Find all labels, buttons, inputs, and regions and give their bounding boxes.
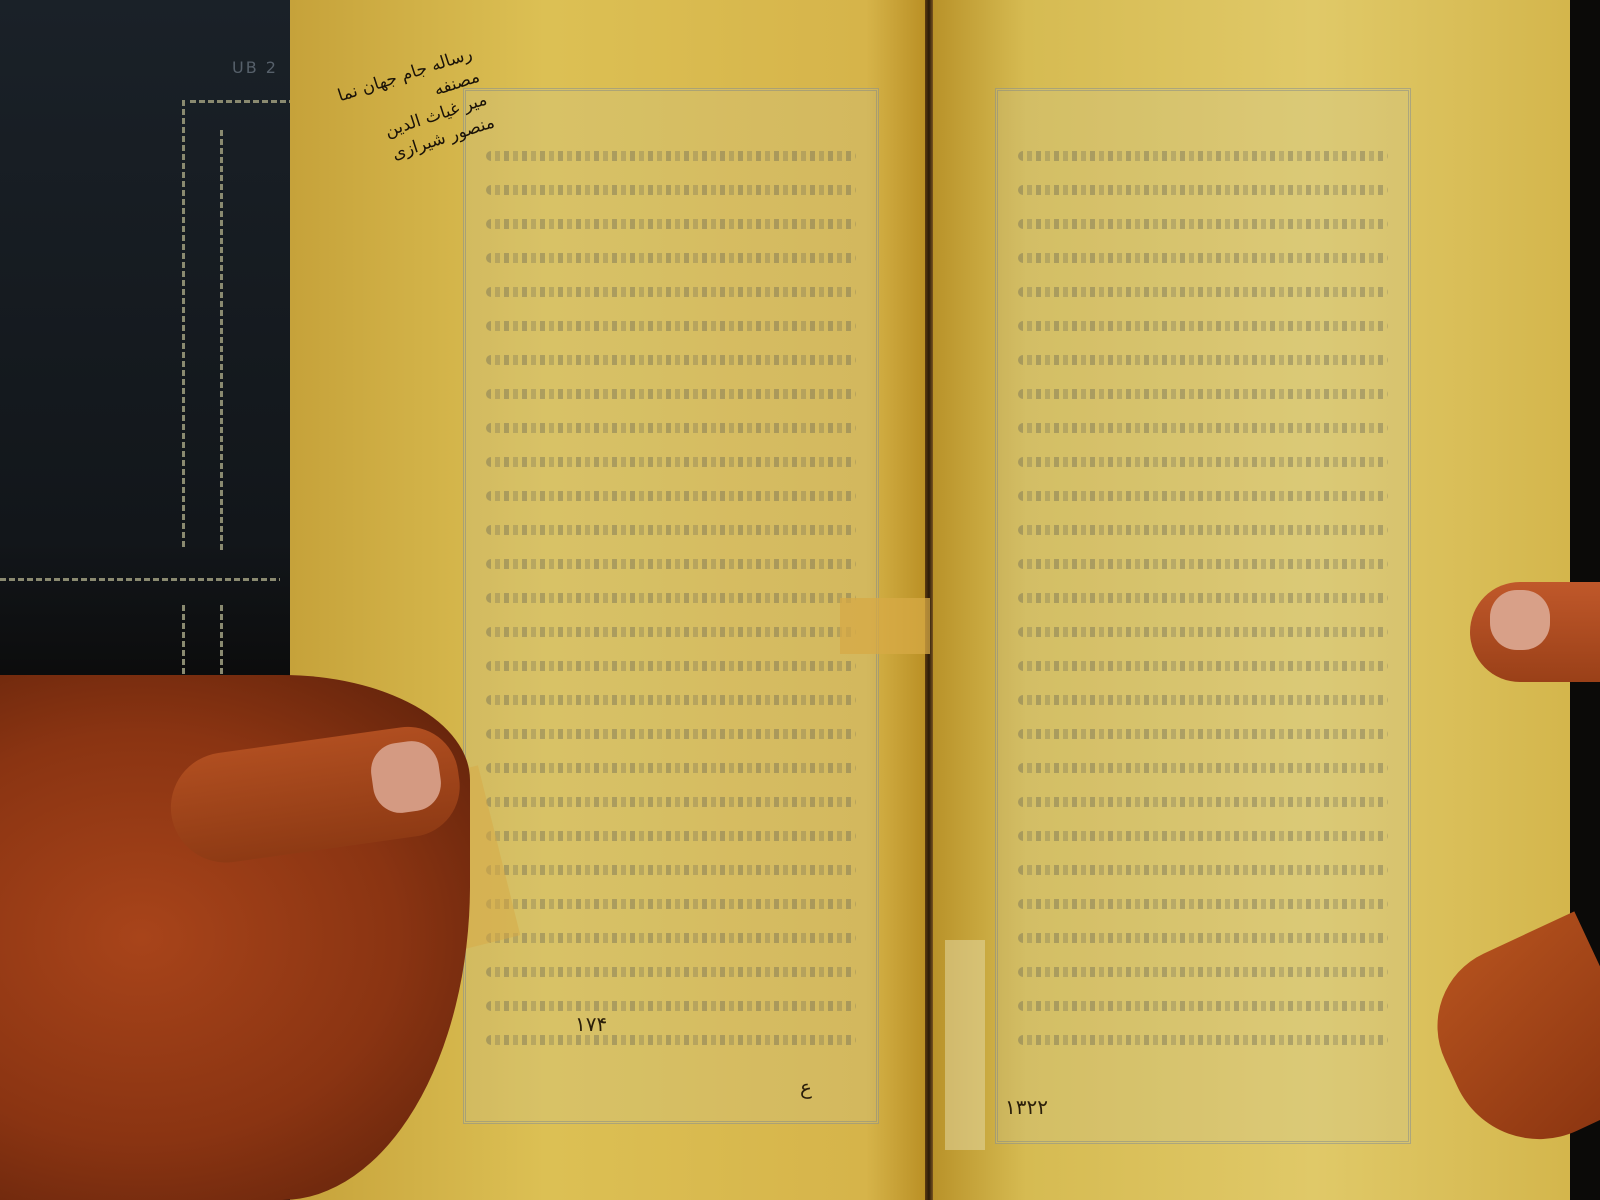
script-line: [486, 457, 856, 467]
script-line: [1018, 389, 1388, 399]
script-line: [486, 831, 856, 841]
script-line: [486, 389, 856, 399]
script-line: [1018, 219, 1388, 229]
script-line: [486, 899, 856, 909]
script-line: [486, 151, 856, 161]
script-line: [486, 627, 856, 637]
script-line: [1018, 355, 1388, 365]
script-line: [486, 525, 856, 535]
script-line: [1018, 865, 1388, 875]
script-line: [486, 321, 856, 331]
cover-tooling-line: [220, 130, 223, 550]
script-line: [486, 185, 856, 195]
script-line: [1018, 321, 1388, 331]
script-line: [486, 1035, 856, 1045]
script-line: [486, 763, 856, 773]
script-line: [1018, 933, 1388, 943]
right-folio-marking: ۱۳۲۲: [1005, 1095, 1048, 1119]
script-line: [1018, 423, 1388, 433]
script-line: [486, 423, 856, 433]
script-line: [1018, 457, 1388, 467]
cover-tooling-line: [190, 100, 290, 103]
script-line: [1018, 627, 1388, 637]
script-line: [486, 1001, 856, 1011]
script-line: [486, 967, 856, 977]
script-line: [1018, 899, 1388, 909]
script-line: [486, 865, 856, 875]
script-line: [1018, 729, 1388, 739]
right-thumbnail: [1490, 590, 1550, 650]
left-text-block: [463, 88, 879, 1124]
right-text-block: [995, 88, 1411, 1144]
script-line: [486, 933, 856, 943]
repair-tape: [840, 598, 930, 654]
script-line: [486, 729, 856, 739]
script-line: [486, 797, 856, 807]
script-line: [486, 559, 856, 569]
repair-tape: [945, 940, 985, 1150]
script-line: [1018, 1001, 1388, 1011]
script-line: [1018, 491, 1388, 501]
left-folio-marking: ۱۷۴: [575, 1012, 607, 1036]
script-line: [486, 253, 856, 263]
script-line: [1018, 185, 1388, 195]
script-line: [486, 287, 856, 297]
cover-tooling-line: [182, 100, 185, 550]
script-line: [1018, 763, 1388, 773]
script-line: [486, 491, 856, 501]
script-line: [1018, 661, 1388, 671]
left-corner-marking: ع: [800, 1075, 812, 1099]
script-line: [1018, 593, 1388, 603]
script-line: [1018, 559, 1388, 569]
script-line: [486, 695, 856, 705]
cover-tooling-line: [0, 578, 280, 581]
script-line: [486, 661, 856, 671]
script-line: [1018, 967, 1388, 977]
script-line: [1018, 151, 1388, 161]
script-line: [486, 355, 856, 365]
script-line: [486, 593, 856, 603]
script-line: [1018, 525, 1388, 535]
script-line: [1018, 797, 1388, 807]
script-line: [1018, 253, 1388, 263]
script-line: [1018, 287, 1388, 297]
script-line: [486, 219, 856, 229]
script-line: [1018, 695, 1388, 705]
cover-label: UB 2: [232, 58, 278, 77]
script-line: [1018, 831, 1388, 841]
script-line: [1018, 1035, 1388, 1045]
